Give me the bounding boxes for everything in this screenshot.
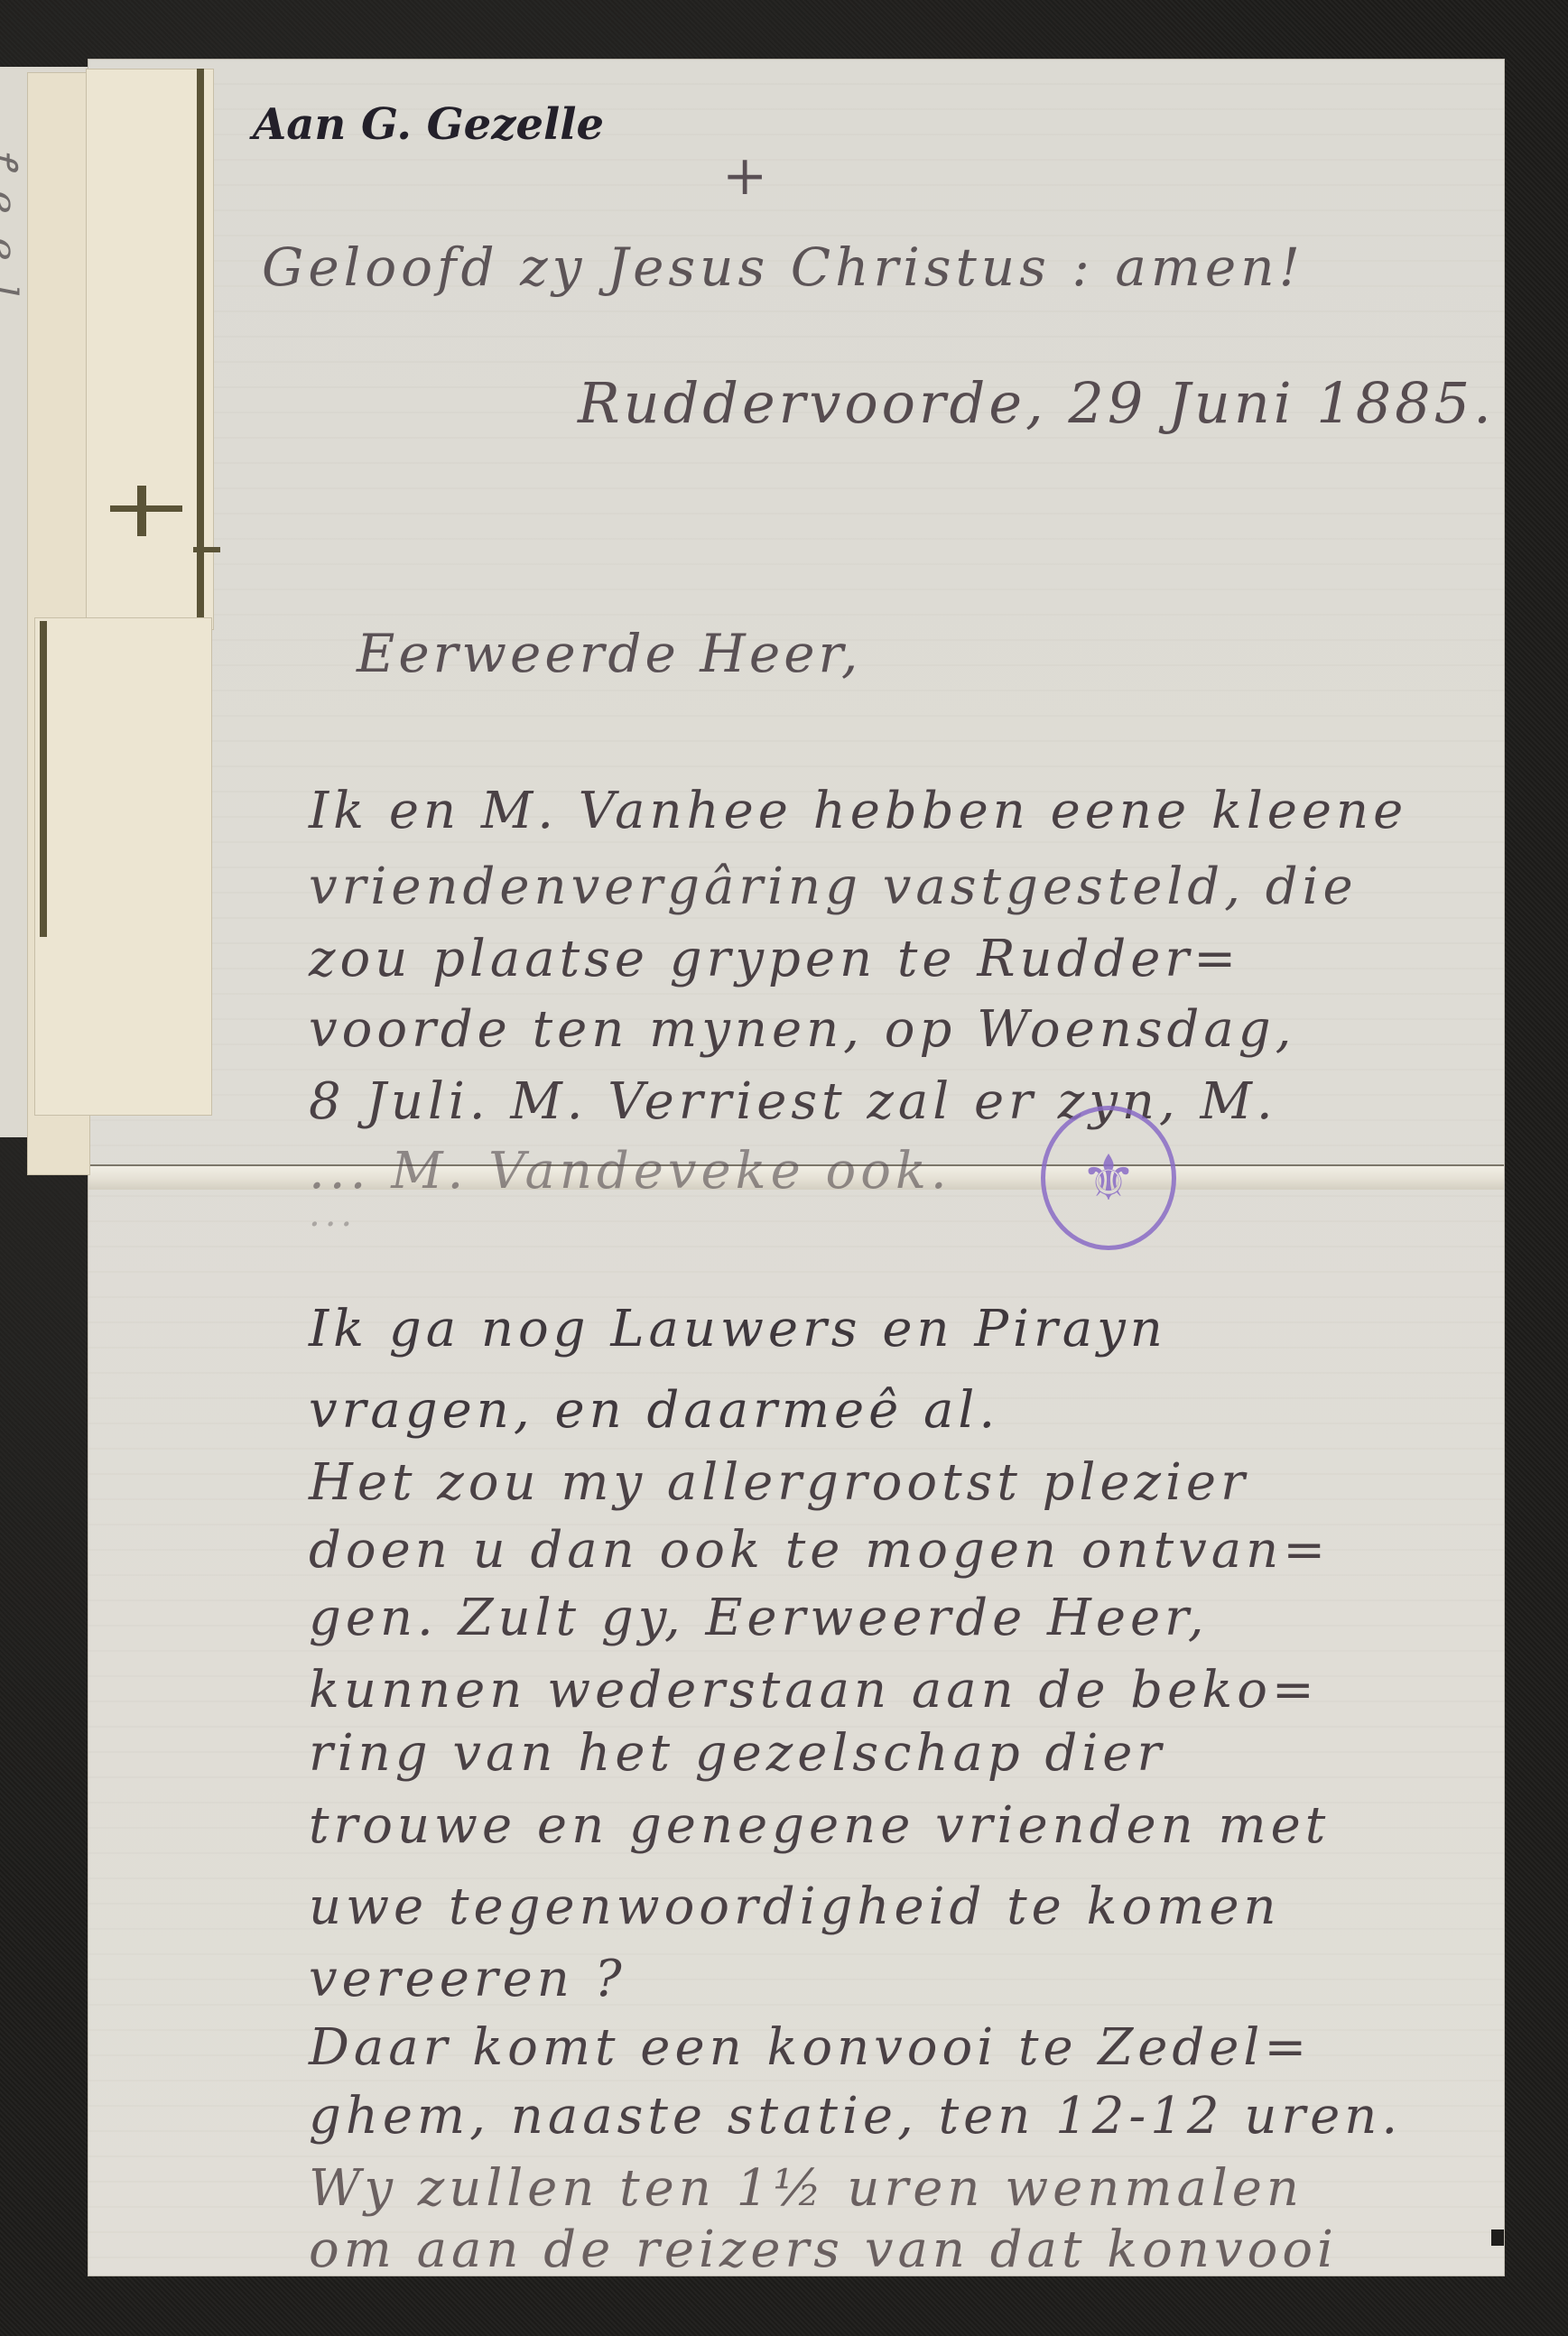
body-line: gen. Zult gy, Eerweerde Heer, <box>309 1589 1209 1647</box>
body-line: doen u dan ook te mogen ontvan= <box>309 1521 1330 1580</box>
torn-corner <box>1491 2229 1504 2246</box>
body-line: ring van het gezelschap dier <box>309 1724 1165 1783</box>
cross-icon <box>110 486 182 540</box>
black-mourning-rule-lower <box>40 621 47 937</box>
body-line: Ik ga nog Lauwers en Pirayn <box>309 1300 1167 1358</box>
body-line: trouwe en genegene vrienden met <box>309 1796 1330 1855</box>
body-line: Daar komt een konvooi te Zedel= <box>309 2018 1311 2077</box>
body-line: om aan de reizers van dat konvooi <box>309 2220 1338 2279</box>
body-line: vriendenvergâring vastgesteld, die <box>309 857 1358 916</box>
salutation: Eerweerde Heer, <box>357 623 861 684</box>
body-line: ghem, naaste statie, ten 12-12 uren. <box>309 2087 1402 2146</box>
archive-label: Aan G. Gezelle <box>253 99 604 150</box>
body-line-hidden-under-fold: ... <box>309 1193 357 1235</box>
greeting: Geloofd zy Jesus Christus : amen! <box>262 236 1304 298</box>
body-line: vereeren ? <box>309 1950 626 2008</box>
body-line: zou plaatse grypen te Rudder= <box>309 930 1240 988</box>
header-cross-icon: + <box>722 144 769 208</box>
underlying-page-handwriting: ꝭ e e l <box>2 148 29 383</box>
body-line: Wy zullen ten 1½ uren wenmalen <box>309 2159 1304 2218</box>
fleur-de-lis-stamp-icon: ⚜ <box>1041 1106 1176 1250</box>
body-line: Ik en M. Vanhee hebben eene kleene <box>309 782 1407 840</box>
place-date: Ruddervoorde, 29 Juni 1885. <box>578 370 1495 436</box>
rule-tick <box>193 547 220 552</box>
body-line: uwe tegenwoordigheid te komen <box>309 1877 1281 1936</box>
body-line: Het zou my allergrootst plezier <box>309 1453 1249 1512</box>
body-line: voorde ten mynen, op Woensdag, <box>309 1000 1295 1059</box>
black-mourning-rule <box>197 69 204 628</box>
body-line: vragen, en daarmeê al. <box>309 1381 999 1440</box>
mourning-border-strip-upper <box>86 69 214 630</box>
body-line: kunnen wederstaan aan de beko= <box>309 1661 1319 1720</box>
body-line-partially-hidden: ... M. Vandeveke ook. <box>309 1142 951 1200</box>
mourning-border-strip-lower <box>34 617 212 1116</box>
